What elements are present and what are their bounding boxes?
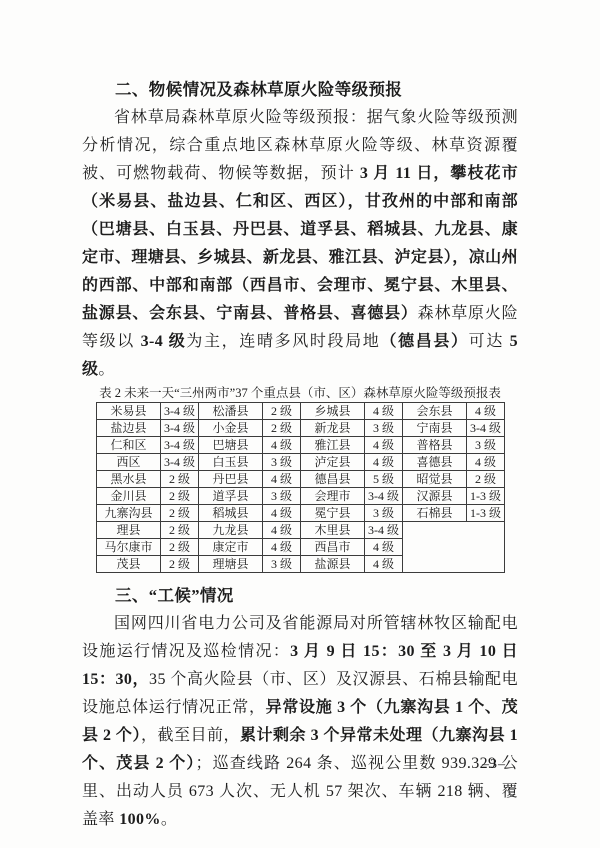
table-cell: 理塘县 <box>199 556 263 573</box>
table-cell: 3-4 级 <box>161 420 199 437</box>
table-cell: 会东县 <box>403 403 467 420</box>
table-row: 黑水县2 级丹巴县4 级德昌县5 级昭觉县2 级 <box>97 471 505 488</box>
table-cell: 4 级 <box>263 522 301 539</box>
text-run: 。 <box>161 811 177 828</box>
table-cell: 4 级 <box>365 454 403 471</box>
section-heading-phenology: 二、物候情况及森林草原火险等级预报 <box>82 76 518 104</box>
table-row: 米易县3-4 级松潘县2 级乡城县4 级会东县4 级 <box>97 403 505 420</box>
table-cell: 乡城县 <box>301 403 365 420</box>
table-cell: 会理市 <box>301 488 365 505</box>
table-cell: 2 级 <box>263 420 301 437</box>
paragraph-fire-risk-forecast: 省林草局森林草原火险等级预报：据气象火险等级预测分析情况，综合重点地区森林草原火… <box>82 104 518 384</box>
table-cell: 小金县 <box>199 420 263 437</box>
table-cell: 2 级 <box>161 488 199 505</box>
table-cell: 盐源县 <box>301 556 365 573</box>
table-cell: 4 级 <box>365 539 403 556</box>
table-cell: 4 级 <box>467 403 505 420</box>
table-cell: 黑水县 <box>97 471 161 488</box>
table-cell: 3-4 级 <box>161 437 199 454</box>
table-cell: 米易县 <box>97 403 161 420</box>
table-cell: 康定市 <box>199 539 263 556</box>
table-cell: 茂县 <box>97 556 161 573</box>
table-cell: 道孚县 <box>199 488 263 505</box>
bold-text-run: （德昌县） <box>380 333 468 350</box>
table-cell: 宁南县 <box>403 420 467 437</box>
table-cell: 3-4 级 <box>365 488 403 505</box>
table-cell: 西昌市 <box>301 539 365 556</box>
table-cell: 4 级 <box>263 471 301 488</box>
table-cell: 3 级 <box>365 505 403 522</box>
bold-text-run: 3-4 级 <box>141 333 187 350</box>
table-cell: 泸定县 <box>301 454 365 471</box>
fire-risk-level-table: 米易县3-4 级松潘县2 级乡城县4 级会东县4 级盐边县3-4 级小金县2 级… <box>96 402 505 573</box>
table-cell: 普格县 <box>403 437 467 454</box>
table-cell <box>403 522 505 573</box>
table-cell: 3 级 <box>467 437 505 454</box>
document-page: 二、物候情况及森林草原火险等级预报 省林草局森林草原火险等级预报：据气象火险等级… <box>0 0 600 848</box>
table-cell: 3 级 <box>263 488 301 505</box>
table-cell: 4 级 <box>365 403 403 420</box>
table-row: 金川县2 级道孚县3 级会理市3-4 级汉源县1-3 级 <box>97 488 505 505</box>
table-cell: 2 级 <box>161 539 199 556</box>
table-cell: 汉源县 <box>403 488 467 505</box>
table-row: 九寨沟县2 级稻城县4 级冕宁县3 级石棉县1-3 级 <box>97 505 505 522</box>
table-cell: 4 级 <box>263 437 301 454</box>
table-cell: 3-4 级 <box>161 403 199 420</box>
table-cell: 4 级 <box>365 556 403 573</box>
table-cell: 木里县 <box>301 522 365 539</box>
table-cell: 2 级 <box>161 505 199 522</box>
table-cell: 4 级 <box>467 454 505 471</box>
table-cell: 昭觉县 <box>403 471 467 488</box>
table-cell: 4 级 <box>263 505 301 522</box>
bold-text-run: 100% <box>119 811 161 828</box>
table-cell: 丹巴县 <box>199 471 263 488</box>
table-cell: 喜德县 <box>403 454 467 471</box>
table-cell: 3-4 级 <box>161 454 199 471</box>
table-cell: 新龙县 <box>301 420 365 437</box>
table-cell: 金川县 <box>97 488 161 505</box>
bold-text-run: 3 月 11 日，攀枝花市（米易县、盐边县、仁和区、西区），甘孜州的中部和南部（… <box>82 165 518 322</box>
table-row: 西区3-4 级白玉县3 级泸定县4 级喜德县4 级 <box>97 454 505 471</box>
text-run: ，截至目前， <box>141 727 240 744</box>
table-body: 米易县3-4 级松潘县2 级乡城县4 级会东县4 级盐边县3-4 级小金县2 级… <box>97 403 505 573</box>
table-cell: 3-4 级 <box>467 420 505 437</box>
table-row: 理县2 级九龙县4 级木里县3-4 级 <box>97 522 505 539</box>
table-cell: 3 级 <box>365 420 403 437</box>
table-cell: 2 级 <box>467 471 505 488</box>
table-cell: 冕宁县 <box>301 505 365 522</box>
table-cell: 西区 <box>97 454 161 471</box>
table-cell: 3-4 级 <box>365 522 403 539</box>
table-cell: 2 级 <box>161 522 199 539</box>
table-cell: 九龙县 <box>199 522 263 539</box>
table-cell: 1-3 级 <box>467 488 505 505</box>
table-cell: 1-3 级 <box>467 505 505 522</box>
table-caption: 表 2 未来一天“三州两市”37 个重点县（市、区）森林草原火险等级预报表 <box>82 385 518 401</box>
table-cell: 松潘县 <box>199 403 263 420</box>
table-cell: 5 级 <box>365 471 403 488</box>
paragraph-power-grid-inspection: 国网四川省电力公司及省能源局对所管辖林牧区输配电设施运行情况及巡检情况：3 月 … <box>82 610 518 834</box>
text-run: 为主，连晴多风时段局地 <box>186 333 380 350</box>
table-cell: 马尔康市 <box>97 539 161 556</box>
table-row: 仁和区3-4 级巴塘县4 级雅江县4 级普格县3 级 <box>97 437 505 454</box>
page-number: –3– <box>482 757 506 773</box>
document-content: 二、物候情况及森林草原火险等级预报 省林草局森林草原火险等级预报：据气象火险等级… <box>82 76 518 834</box>
table-cell: 石棉县 <box>403 505 467 522</box>
table-cell: 白玉县 <box>199 454 263 471</box>
table-cell: 九寨沟县 <box>97 505 161 522</box>
table-row: 盐边县3-4 级小金县2 级新龙县3 级宁南县3-4 级 <box>97 420 505 437</box>
table-cell: 2 级 <box>263 403 301 420</box>
table-cell: 2 级 <box>161 471 199 488</box>
table-cell: 4 级 <box>365 437 403 454</box>
table-cell: 雅江县 <box>301 437 365 454</box>
table-cell: 德昌县 <box>301 471 365 488</box>
table-cell: 盐边县 <box>97 420 161 437</box>
text-run: 可达 <box>469 333 510 350</box>
text-run: 。 <box>98 361 114 378</box>
table-cell: 理县 <box>97 522 161 539</box>
section-heading-gonghou: 三、“工候”情况 <box>82 582 518 610</box>
table-cell: 3 级 <box>263 454 301 471</box>
table-cell: 稻城县 <box>199 505 263 522</box>
table-cell: 4 级 <box>263 539 301 556</box>
table-cell: 仁和区 <box>97 437 161 454</box>
table-cell: 巴塘县 <box>199 437 263 454</box>
table-cell: 3 级 <box>263 556 301 573</box>
table-cell: 2 级 <box>161 556 199 573</box>
